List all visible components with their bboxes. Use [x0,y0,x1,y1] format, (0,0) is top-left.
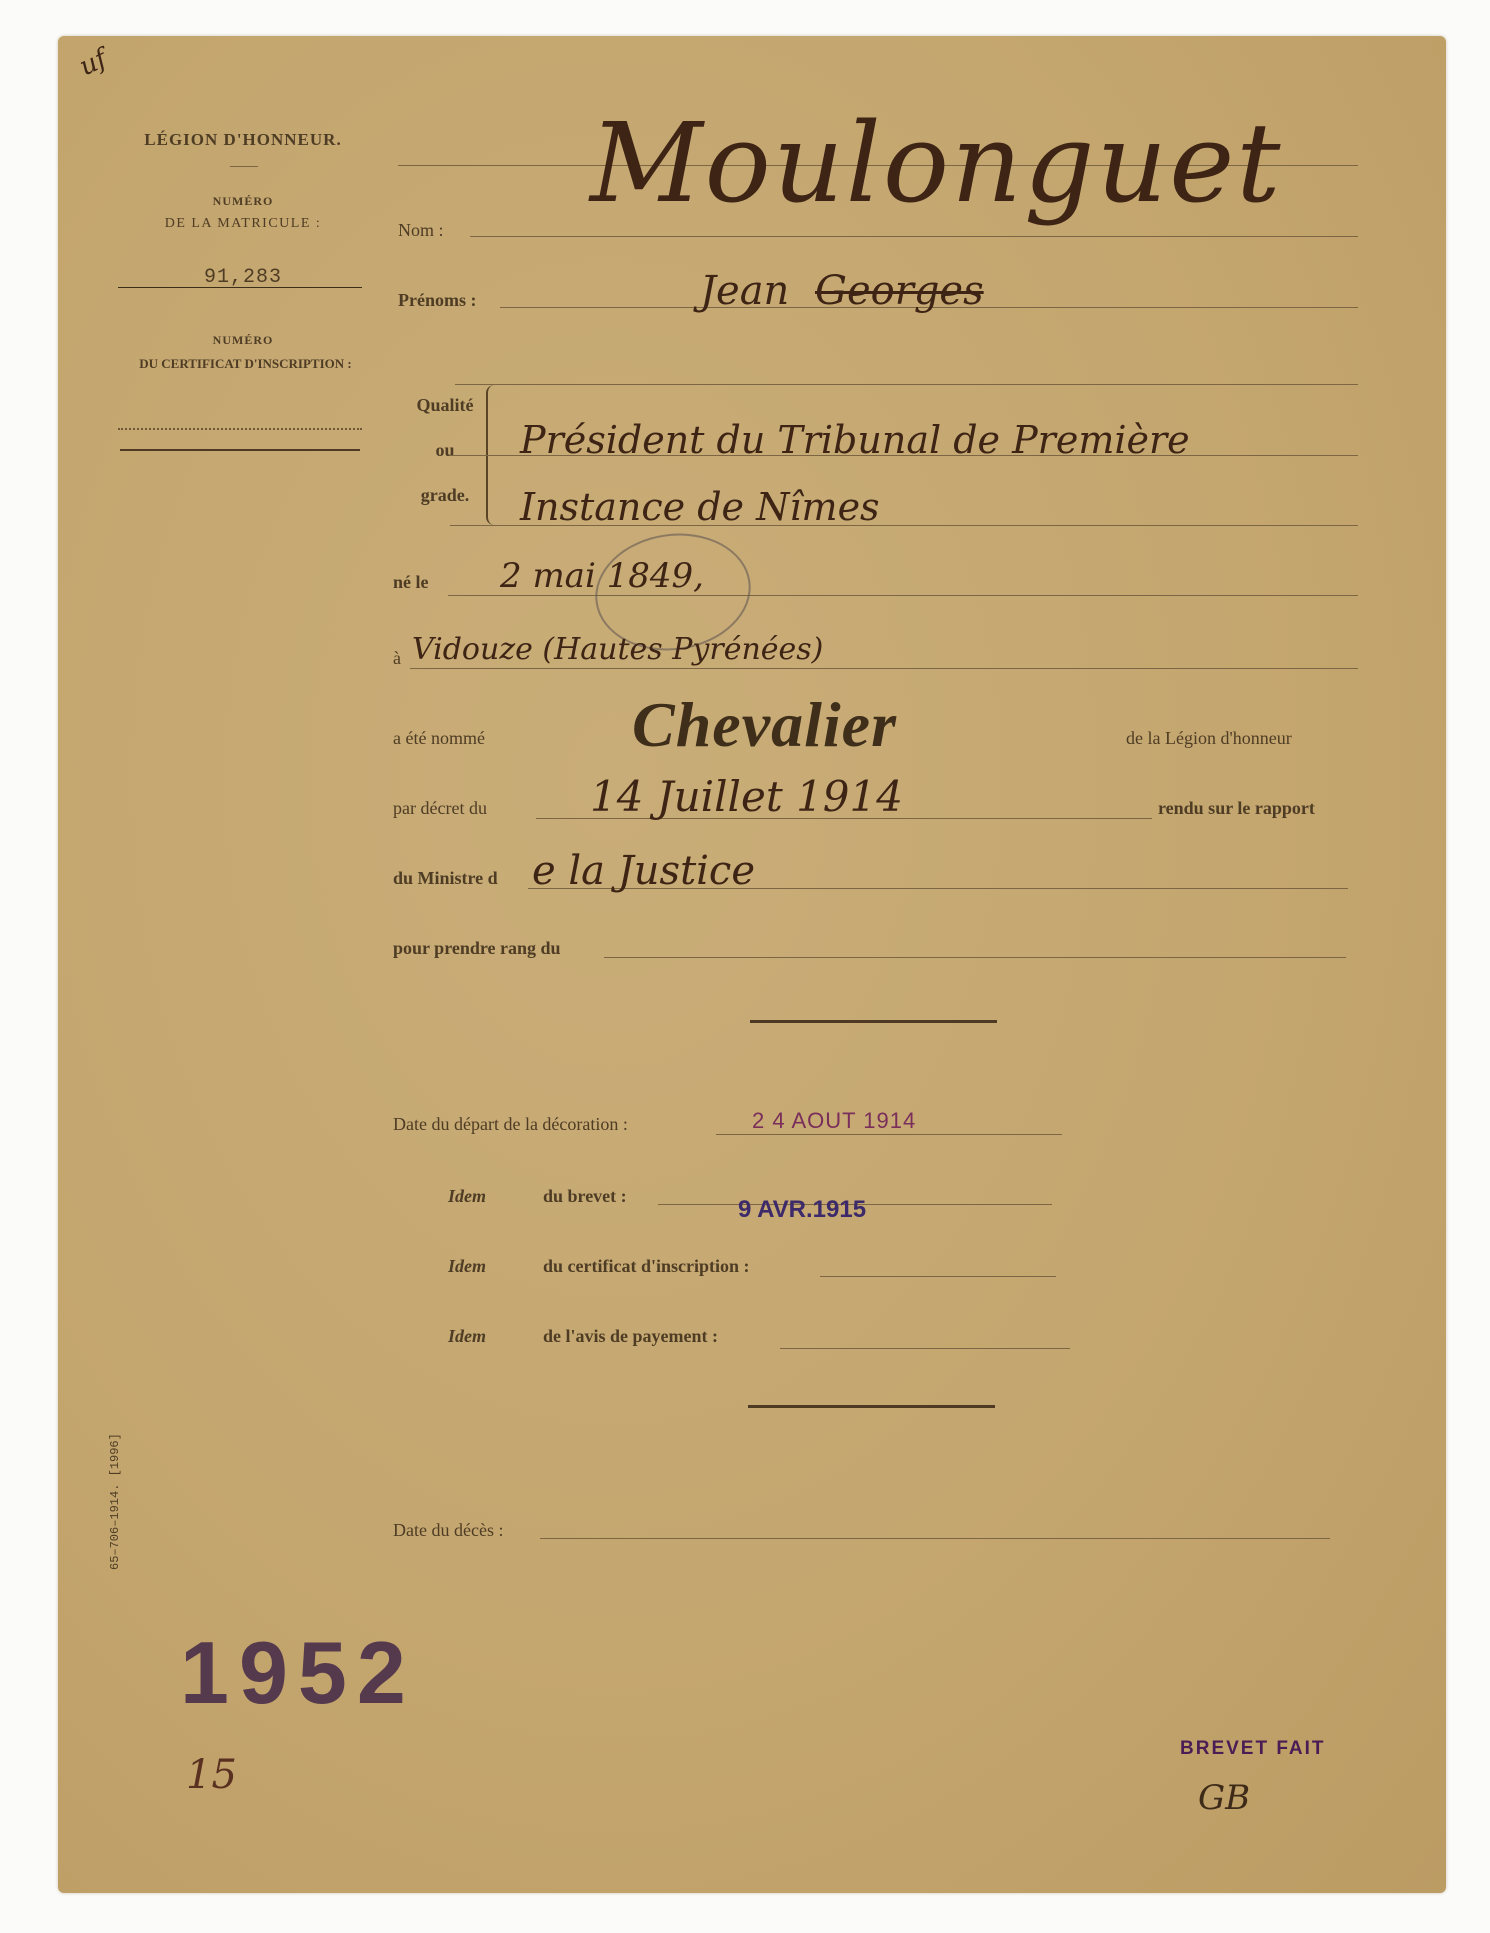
matricule-label-line1: NUMÉRO [128,194,358,209]
qualite-label-1: Qualité [410,395,480,416]
brevet-idem: Idem [448,1186,486,1207]
lieu-label: à [393,648,401,669]
qualite-label-3: grade. [410,485,480,506]
prenoms-struck-value: Georges [815,268,984,314]
decret-value: 14 Juillet 1914 [590,772,903,821]
brevet-fait-stamp: BREVET FAIT [1180,1738,1326,1760]
prenoms-label: Prénoms : [398,290,476,311]
ministre-label: du Ministre d [393,868,498,889]
nom-label: Nom : [398,220,444,241]
decret-label: par décret du [393,798,487,819]
nomination-label: a été nommé [393,728,485,749]
ministre-value: e la Justice [532,848,755,894]
matricule-value: 91,283 [128,266,358,289]
payement-rule [780,1348,1070,1349]
qualite-upper-rule [455,384,1358,385]
legion-honneur-title: LÉGION D'HONNEUR. [128,130,358,150]
deces-rule [540,1538,1330,1539]
title-divider [230,166,258,167]
lieu-value: Vidouze (Hautes Pyrénées) [412,632,823,667]
qualite-rule-1 [450,455,1358,456]
payement-label: de l'avis de payement : [543,1326,718,1347]
section-separator-1 [750,1020,997,1023]
certificat-inscription-label: du certificat d'inscription : [543,1256,749,1277]
nom-value: Moulonguet [590,108,1283,218]
depart-stamp-value: 2 4 AOUT 1914 [752,1108,916,1134]
nomination-grade: Chevalier [632,688,897,762]
section-separator-2 [748,1405,995,1408]
depart-label: Date du départ de la décoration : [393,1114,628,1135]
qualite-line-2: Instance de Nîmes [520,485,880,529]
matricule-label-line2: DE LA MATRICULE : [128,216,358,232]
certificat-idem: Idem [448,1256,486,1277]
matricule-rule [118,287,362,288]
certificat-label-line2: DU CERTIFICAT D'INSCRIPTION : [113,356,378,372]
registry-stamp-number: 1952 [180,1622,416,1724]
certificat-label-line1: NUMÉRO [118,333,368,348]
lieu-rule [410,668,1358,669]
hand-number: 15 [186,1752,237,1798]
rang-label: pour prendre rang du [393,938,561,959]
nomination-suffix: de la Légion d'honneur [1126,728,1292,749]
qualite-rule-2 [450,525,1358,526]
payement-idem: Idem [448,1326,486,1347]
depart-rule [716,1134,1062,1135]
certificat-ornament-rule [120,449,360,451]
ne-le-label: né le [393,572,429,593]
brevet-label: du brevet : [543,1186,627,1207]
prenoms-value: Jean [700,268,789,314]
rang-rule [604,957,1346,958]
decret-suffix: rendu sur le rapport [1158,798,1315,819]
qualite-label-2: ou [410,440,480,461]
certificat-inscription-rule [820,1276,1056,1277]
deces-label: Date du décès : [393,1520,503,1541]
brevet-stamp-value: 9 AVR.1915 [738,1196,866,1224]
print-reference: 65–706–1914. [1996] [108,1433,122,1570]
initials-signature: GB [1198,1778,1250,1818]
legion-honneur-record-card [58,36,1446,1893]
certificat-dotted-rule [118,428,362,430]
nom-rule [470,236,1358,237]
